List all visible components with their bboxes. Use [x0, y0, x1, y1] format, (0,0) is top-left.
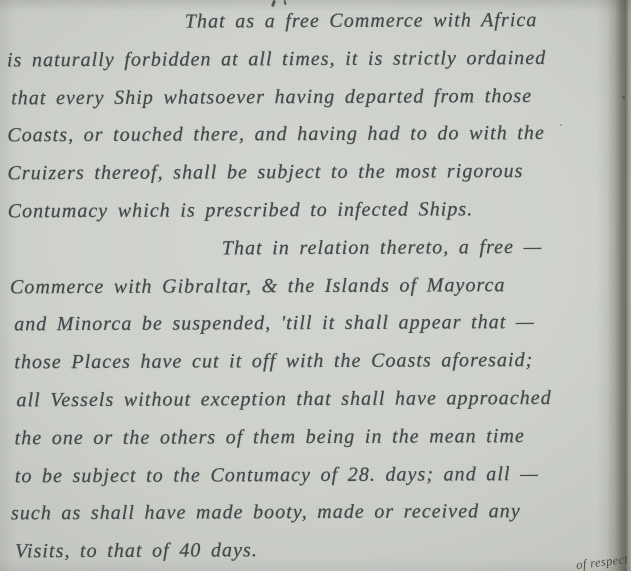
ink-speck: [622, 96, 625, 99]
manuscript-line: the one or the others of them being in t…: [1, 417, 631, 458]
manuscript-text-block: That as a free Commerce with Africais na…: [0, 2, 631, 571]
manuscript-line: Contumacy which is prescribed to infecte…: [0, 191, 631, 232]
manuscript-line: that every Ship whatsoever having depart…: [0, 77, 630, 118]
manuscript-line: That as a free Commerce with Africa: [0, 2, 630, 43]
manuscript-line: those Places have cut it off with the Co…: [0, 342, 631, 383]
cutoff-ink-mark: [283, 0, 286, 5]
manuscript-line: Commerce with Gibraltar, & the Islands o…: [0, 266, 631, 307]
manuscript-line: Cruizers thereof, shall be subject to th…: [0, 153, 631, 194]
ink-speck: [560, 124, 562, 126]
manuscript-line: all Vessels without exception that shall…: [0, 380, 631, 421]
manuscript-line: That in relation thereto, a free —: [0, 228, 631, 269]
manuscript-page: That as a free Commerce with Africais na…: [0, 0, 631, 571]
manuscript-line: Coasts, or touched there, and having had…: [0, 115, 630, 156]
manuscript-line: to be subject to the Contumacy of 28. da…: [1, 455, 631, 496]
manuscript-line: Visits, to that of 40 days.: [1, 531, 631, 571]
manuscript-line: is naturally forbidden at all times, it …: [0, 39, 630, 80]
manuscript-line: such as shall have made booty, made or r…: [1, 493, 631, 534]
manuscript-line: and Minorca be suspended, 'till it shall…: [0, 304, 631, 345]
